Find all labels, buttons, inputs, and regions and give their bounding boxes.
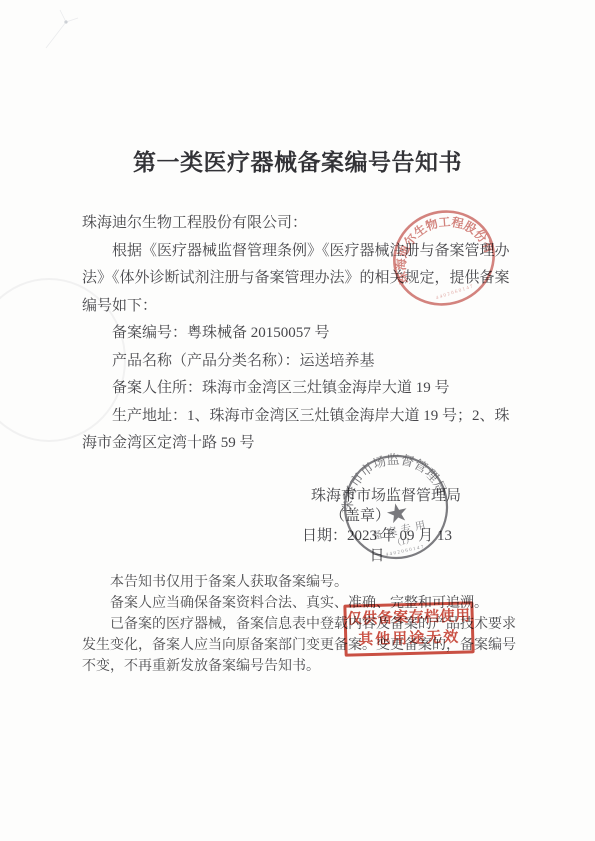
note-change-procedure: 已备案的医疗器械，备案信息表中登载内容及备案的产品技术要求发生变化，备案人应当向… (82, 614, 518, 677)
recipient-line: 珠海迪尔生物工程股份有限公司： (82, 210, 513, 238)
signature-block: 珠海市市场监督管理局 （盖章） 日期：2023 年 09 月 13 日 (300, 486, 472, 566)
document-body: 珠海迪尔生物工程股份有限公司： 根据《医疗器械监督管理条例》《医疗器械注册与备案… (82, 210, 513, 458)
fold-mark (36, 4, 86, 54)
authority-name: 珠海市市场监督管理局 (300, 486, 472, 506)
note-usage: 本告知书仅用于备案人获取备案编号。 (82, 572, 518, 593)
seal-placeholder-note: （盖章） (300, 506, 420, 526)
field-production-address: 生产地址：1、珠海市金湾区三灶镇金海岸大道 19 号；2、珠海市金湾区定湾十路 … (82, 403, 513, 458)
date-line: 日期：2023 年 09 月 13 日 (300, 526, 454, 566)
intro-paragraph: 根据《医疗器械监督管理条例》《医疗器械注册与备案管理办法》《体外诊断试剂注册与备… (82, 238, 513, 321)
scanned-document-page: 第一类医疗器械备案编号告知书 珠海迪尔生物工程股份有限公司： 根据《医疗器械监督… (0, 0, 595, 841)
field-registrant-address: 备案人住所：珠海市金湾区三灶镇金海岸大道 19 号 (82, 375, 513, 403)
field-record-number: 备案编号：粤珠械备 20150057 号 (82, 320, 513, 348)
notes-block: 本告知书仅用于备案人获取备案编号。 备案人应当确保备案资料合法、真实、准确、完整… (82, 572, 518, 677)
document-title: 第一类医疗器械备案编号告知书 (0, 144, 595, 177)
field-product-name: 产品名称（产品分类名称）：运送培养基 (82, 348, 513, 376)
note-responsibility: 备案人应当确保备案资料合法、真实、准确、完整和可追溯。 (82, 593, 518, 614)
